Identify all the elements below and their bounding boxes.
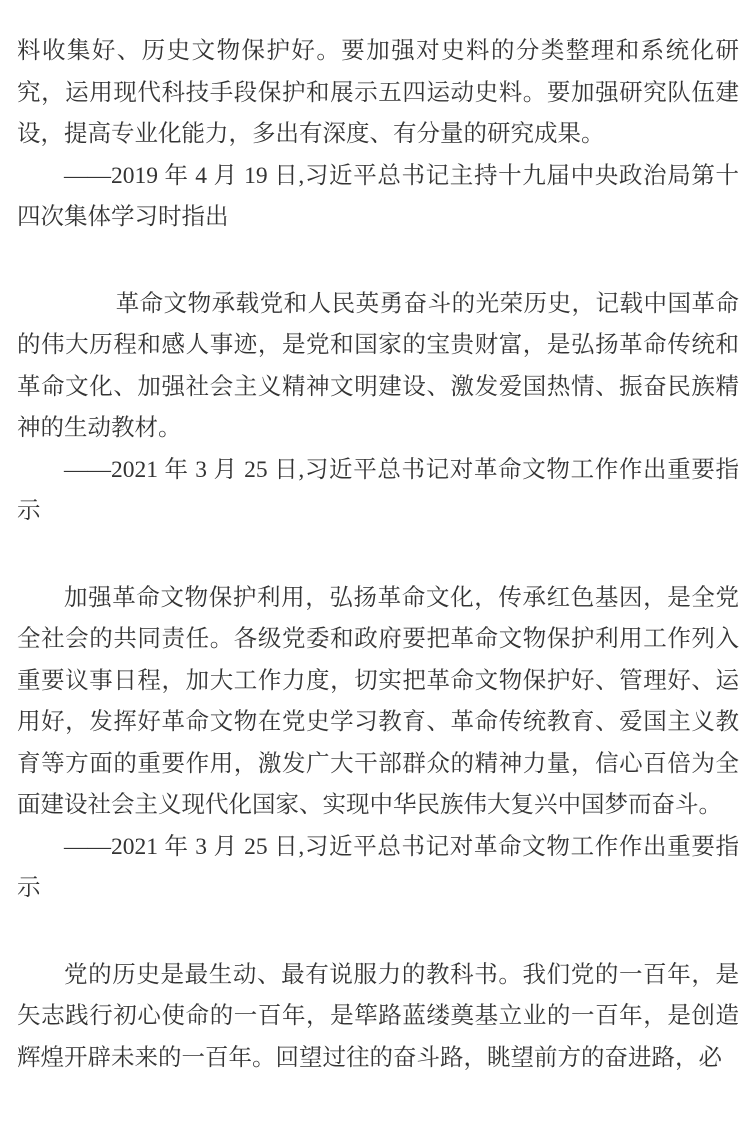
attribution-2019-04-19-politburo-study-session: ——2019 年 4 月 19 日,习近平总书记主持十九届中央政治局第十四次集体… — [17, 156, 739, 239]
paragraph-quote-relics-protection-utilization: 加强革命文物保护利用，弘扬革命文化，传承红色基因，是全党全社会的共同责任。各级党… — [17, 578, 739, 827]
paragraph-quote-revolutionary-relics-heritage: 革命文物承载党和人民英勇奋斗的光荣历史，记载中国革命的伟大历程和感人事迹，是党和… — [17, 284, 739, 450]
paragraph-quote-party-history-textbook-cutoff: 党的历史是最生动、最有说服力的教科书。我们党的一百年，是矢志践行初心使命的一百年… — [17, 955, 739, 1080]
paragraph-continued-from-previous-page: 料收集好、历史文物保护好。要加强对史料的分类整理和系统化研究，运用现代科技手段保… — [17, 31, 739, 156]
attribution-2021-03-25-relics-instruction-first: ——2021 年 3 月 25 日,习近平总书记对革命文物工作作出重要指示 — [17, 450, 739, 533]
attribution-2021-03-25-relics-instruction-second: ——2021 年 3 月 25 日,习近平总书记对革命文物工作作出重要指示 — [17, 827, 739, 910]
document-page: 料收集好、历史文物保护好。要加强对史料的分类整理和系统化研究，运用现代科技手段保… — [0, 0, 756, 1134]
